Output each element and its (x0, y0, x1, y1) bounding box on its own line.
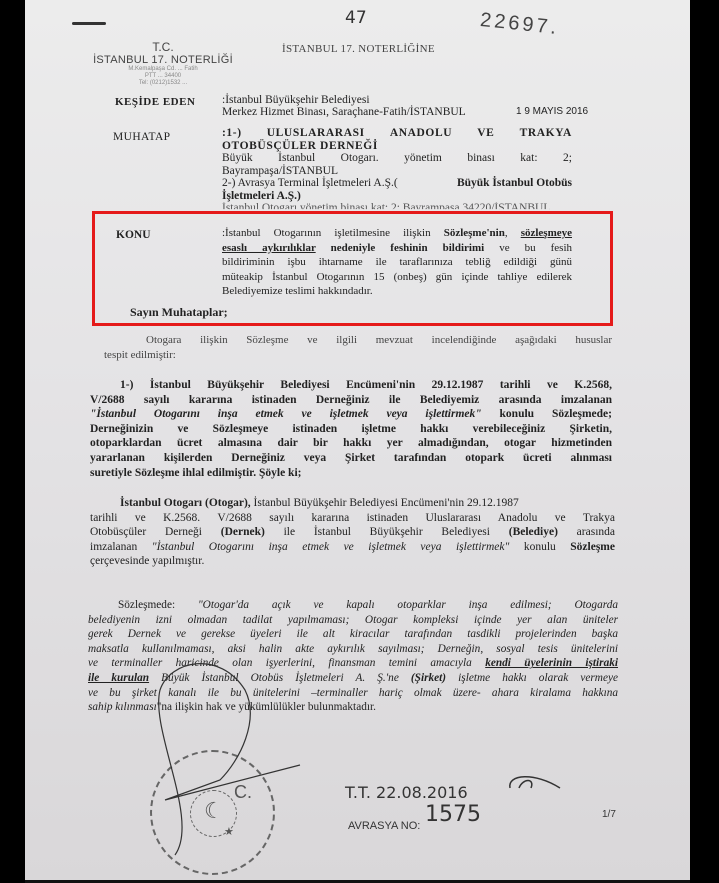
notary-address-3: Tel: (0212)1532 ... (88, 80, 238, 87)
tt-date-handwritten: T.T. 22.08.2016 (345, 786, 468, 799)
seal-letter: C. (234, 782, 252, 803)
notary-name: İSTANBUL 17. NOTERLİĞİ (88, 54, 238, 66)
intro-paragraph: Otogara ilişkin Sözleşme ve ilgili mevzu… (104, 333, 612, 362)
recipient-label: MUHATAP (113, 131, 170, 144)
sender-line-2: Merkez Hizmet Binası, Saraçhane-Fatih/İS… (222, 106, 466, 119)
initials-signature (505, 770, 565, 794)
avrasya-number: 1575 (425, 808, 481, 821)
page-number: 1/7 (602, 808, 616, 821)
handwritten-number: 47 (345, 12, 367, 25)
paragraph-2: İstanbul Otogarı (Otogar), İstanbul Büyü… (90, 496, 615, 569)
paragraph-3: Sözleşmede: "Otogar'da açık ve kapalı ot… (88, 598, 618, 715)
notary-address-1: M.Kemalpaşa Cd. ... Fatih (88, 66, 238, 73)
item-1-paragraph: 1-) İstanbul Büyükşehir Belediyesi Encüm… (90, 378, 612, 480)
official-seal-stamp: ☾ C. ★ (150, 750, 275, 875)
notary-address-2: PTT ... 34400 (88, 73, 238, 80)
recipient-1-name-line: :1-) ULUSLARARASI ANADOLU VE TRAKYA (222, 127, 572, 140)
recipient-2-name-line-2: İşletmeleri A.Ş.) (222, 190, 301, 203)
stamp-number: 22697. (480, 14, 560, 35)
handwritten-dash (72, 22, 106, 25)
addressee-heading: İSTANBUL 17. NOTERLİĞİNE (282, 43, 435, 56)
sender-label: KEŞİDE EDEN (115, 96, 195, 109)
recipient-2-name-line: 2-) Avrasya Terminal İşletmeleri A.Ş.( B… (222, 177, 572, 190)
background-left (0, 0, 25, 883)
background-right (690, 0, 719, 883)
salutation: Sayın Muhataplar; (130, 306, 228, 319)
crescent-icon: ☾ (204, 798, 224, 824)
subject-label: KONU (116, 229, 151, 242)
avrasya-label: AVRASYA NO: (348, 820, 420, 833)
notary-tc: T.C. (88, 40, 238, 54)
star-icon: ★ (224, 825, 234, 838)
subject-text: :İstanbul Otogarının işletilmesine ilişk… (222, 227, 572, 300)
date-stamp: 1 9 MAYIS 2016 (516, 105, 588, 118)
notary-header: T.C. İSTANBUL 17. NOTERLİĞİ M.Kemalpaşa … (88, 40, 238, 87)
recipient-1-address: Büyük İstanbul Otogarı. yönetim binası k… (222, 152, 572, 165)
